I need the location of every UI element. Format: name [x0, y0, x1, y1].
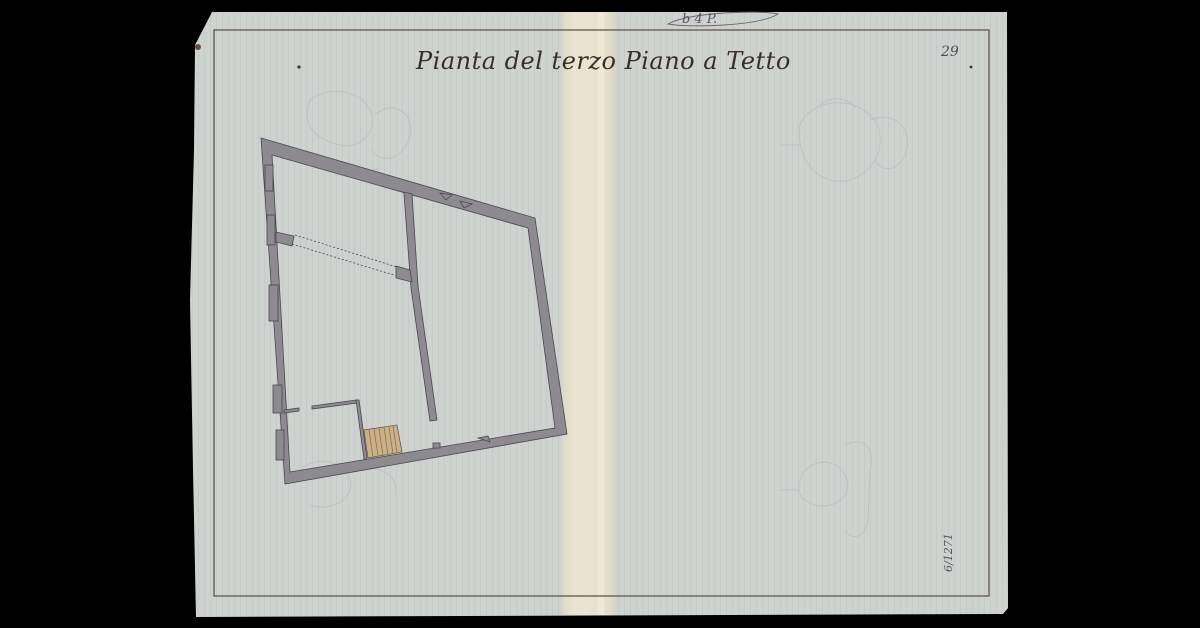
stain-mark — [195, 44, 201, 50]
repair-strip — [562, 12, 616, 615]
svg-text:b 4 P.: b 4 P. — [682, 12, 717, 27]
page-title: Pianta del terzo Piano a Tetto — [415, 47, 791, 75]
scanned-document: b 4 P. Pianta del terzo Piano a Tetto 29… — [0, 0, 1200, 628]
floor-plan-sheet: b 4 P. Pianta del terzo Piano a Tetto 29… — [0, 0, 1200, 628]
folio-number: 29 — [940, 44, 959, 60]
inventory-mark: 6/1271 — [942, 533, 955, 572]
staircase — [364, 425, 402, 458]
